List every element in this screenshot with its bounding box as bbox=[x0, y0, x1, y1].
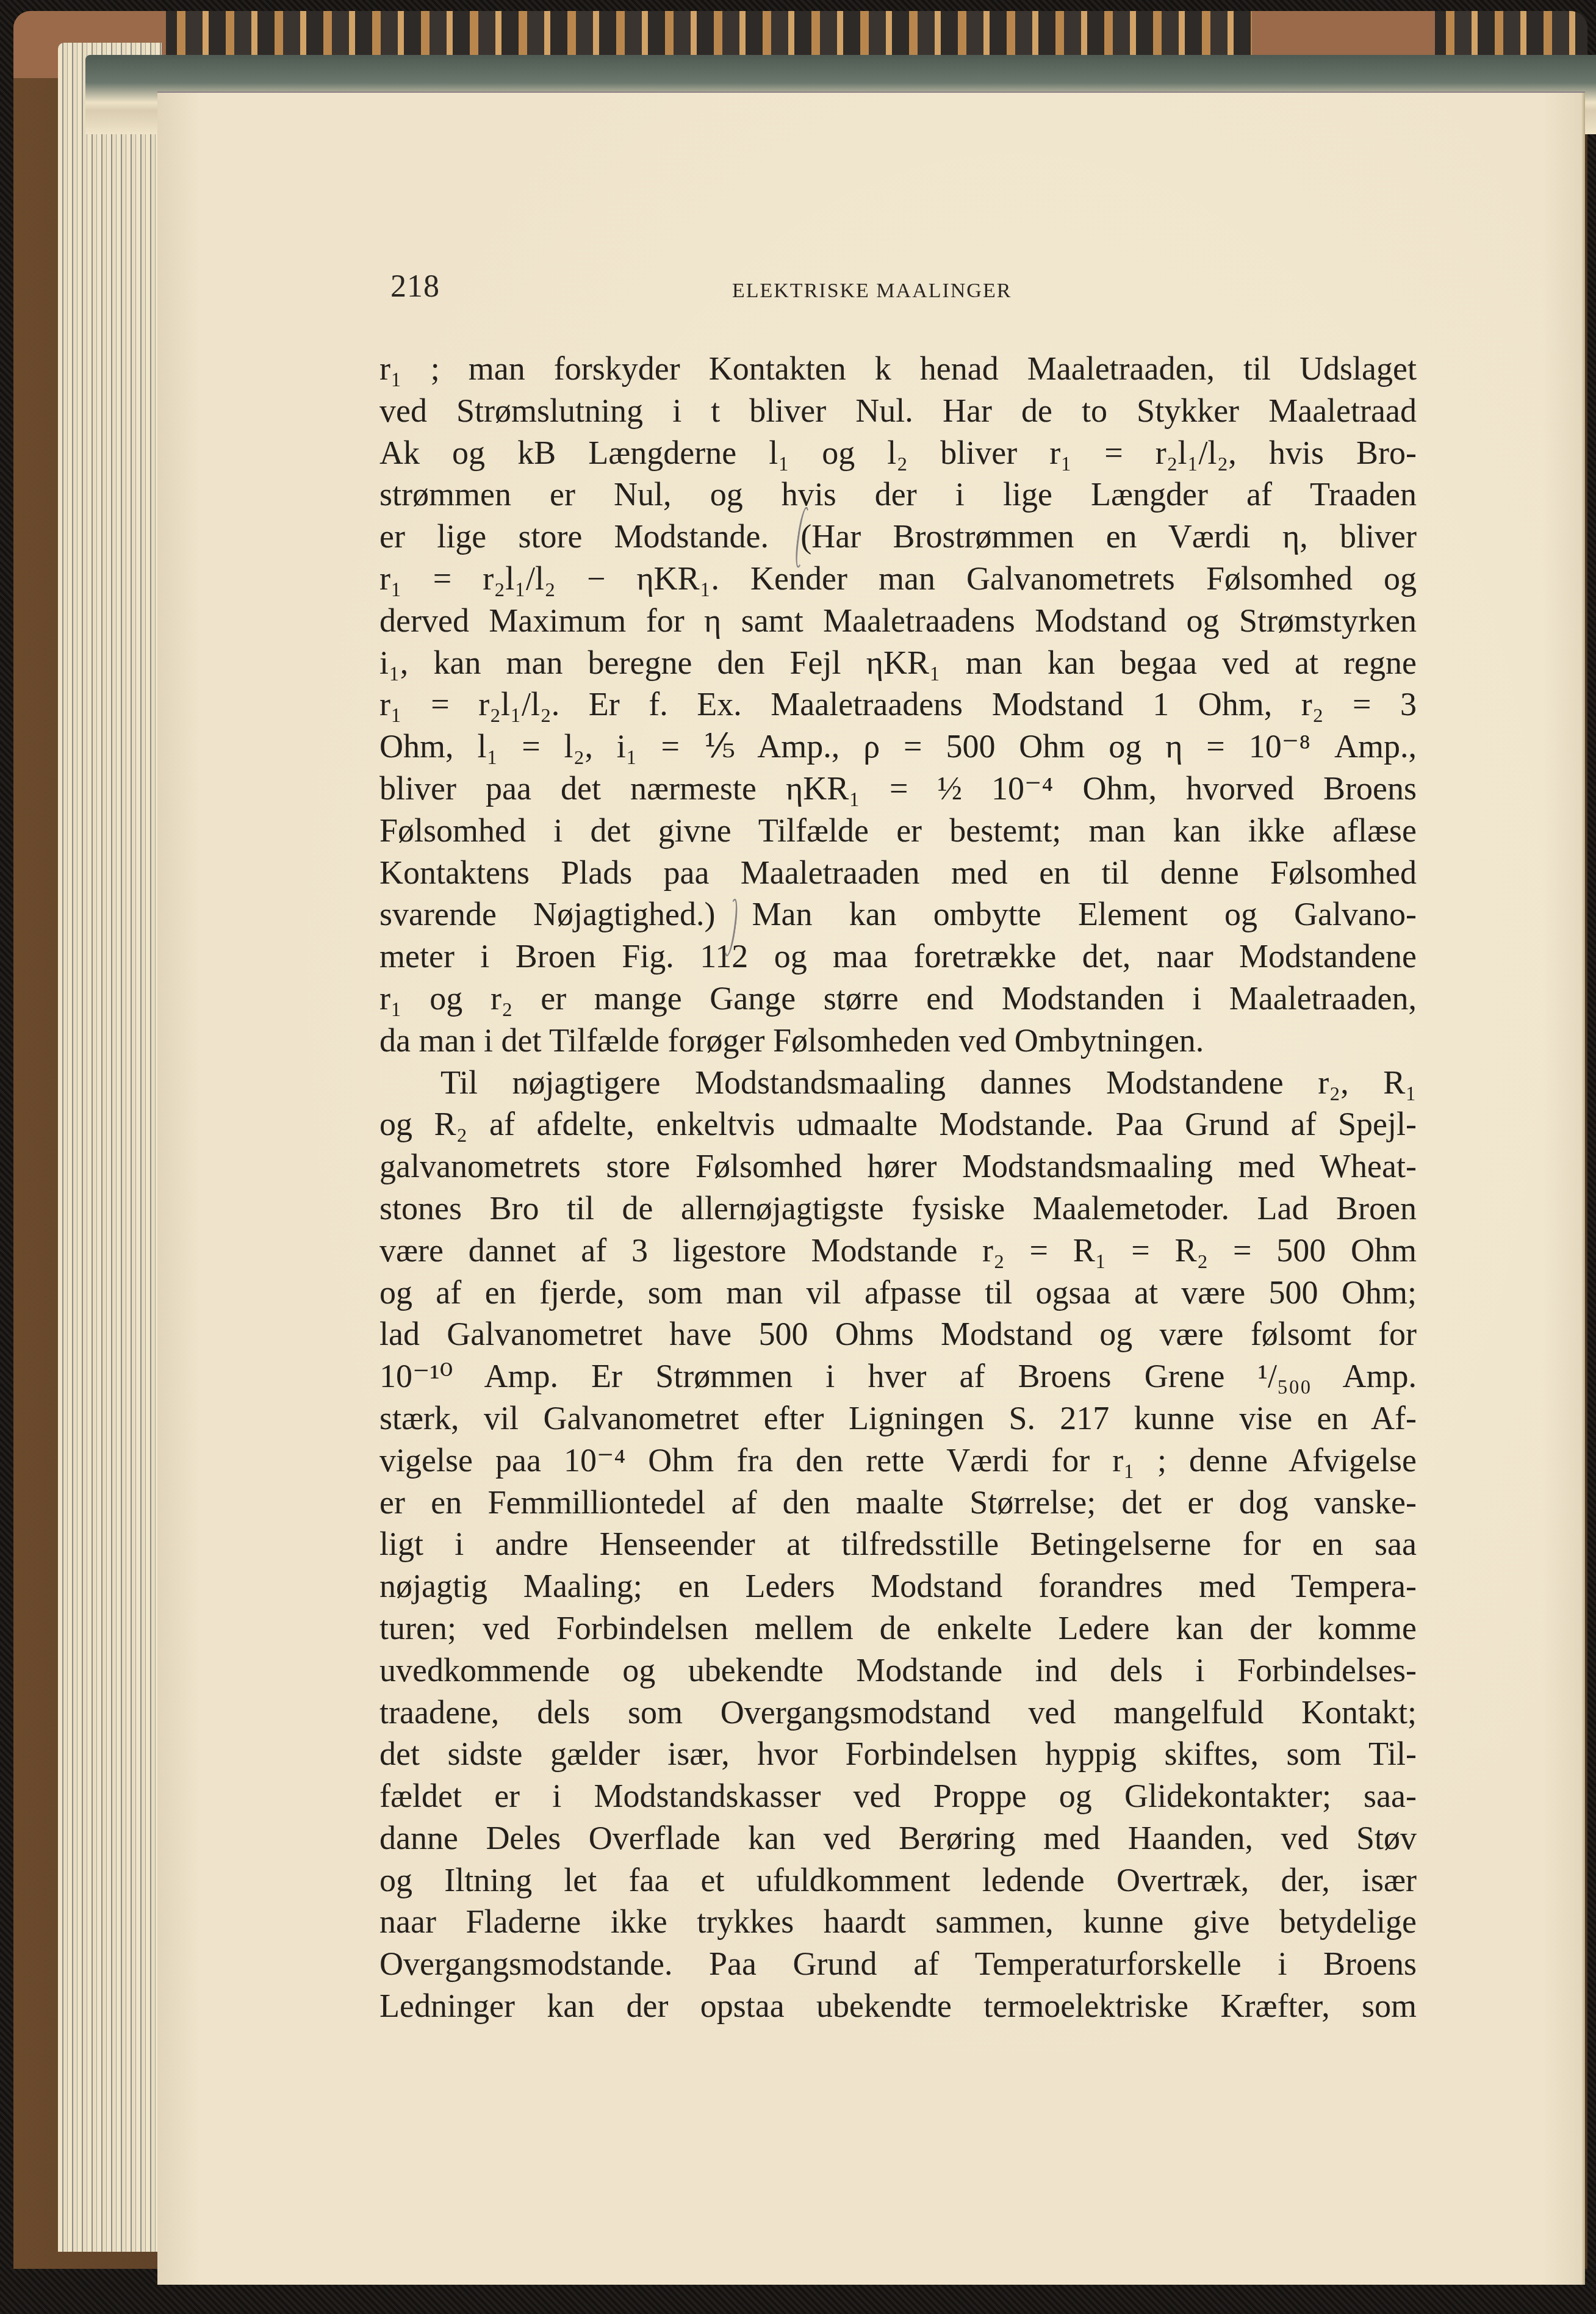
text-line: 10⁻¹⁰ Amp. Er Strømmen i hver af Broens … bbox=[379, 1355, 1417, 1397]
text-line: danne Deles Overflade kan ved Berøring m… bbox=[379, 1817, 1417, 1859]
text-line-paragraph-start: Til nøjagtigere Modstandsmaaling dannes … bbox=[379, 1062, 1417, 1104]
text-line: og Iltning let faa et ufuldkomment leden… bbox=[379, 1859, 1417, 1901]
text-line: meter i Broen Fig. 112 og maa foretrække… bbox=[379, 935, 1417, 978]
text-line: galvanometrets store Følsomhed hører Mod… bbox=[379, 1145, 1417, 1188]
text-line: naar Fladerne ikke trykkes haardt sammen… bbox=[379, 1901, 1417, 1943]
text-line: traadene, dels som Overgangsmodstand ved… bbox=[379, 1692, 1417, 1734]
text-line: lad Galvanometret have 500 Ohms Modstand… bbox=[379, 1313, 1417, 1355]
text-line: er en Femmilliontedel af den maalte Stør… bbox=[379, 1482, 1417, 1524]
text-line: stærk, vil Galvanometret efter Ligningen… bbox=[379, 1397, 1417, 1440]
text-line: stones Bro til de allernøjagtigste fysis… bbox=[379, 1188, 1417, 1230]
text-line: være dannet af 3 ligestore Modstande r₂ … bbox=[379, 1230, 1417, 1272]
text-line: det sidste gælder især, hvor Forbindelse… bbox=[379, 1733, 1417, 1775]
text-line: i₁, kan man beregne den Fejl ηKR₁ man ka… bbox=[379, 642, 1417, 684]
text-line: Ledninger kan der opstaa ubekendte termo… bbox=[379, 1985, 1417, 2027]
text-line: svarende Nøjagtighed.) Man kan ombytte E… bbox=[379, 893, 1417, 935]
text-line: Overgangsmodstande. Paa Grund af Tempera… bbox=[379, 1943, 1417, 1985]
text-line: ligt i andre Henseender at tilfredsstill… bbox=[379, 1523, 1417, 1565]
text-line: og af en fjerde, som man vil afpasse til… bbox=[379, 1272, 1417, 1314]
text-line: Ak og kB Længderne l₁ og l₂ bliver r₁ = … bbox=[379, 432, 1417, 474]
text-line: uvedkommende og ubekendte Modstande ind … bbox=[379, 1649, 1417, 1692]
text-line: turen; ved Forbindelsen mellem de enkelt… bbox=[379, 1607, 1417, 1649]
text-line: og R₂ af afdelte, enkeltvis udmaalte Mod… bbox=[379, 1103, 1417, 1145]
text-line: r₁ og r₂ er mange Gange større end Modst… bbox=[379, 978, 1417, 1020]
text-line: strømmen er Nul, og hvis der i lige Læng… bbox=[379, 474, 1417, 516]
text-line: vigelse paa 10⁻⁴ Ohm fra den rette Værdi… bbox=[379, 1440, 1417, 1482]
text-line: ved Strømslutning i t bliver Nul. Har de… bbox=[379, 390, 1417, 432]
page-stack-left-edge bbox=[58, 43, 162, 2252]
text-line: r₁ = r₂l₁/l₂ − ηKR₁. Kender man Galvanom… bbox=[379, 558, 1417, 600]
body-text: r₁ ; man forskyder Kontakten k henad Maa… bbox=[379, 348, 1417, 2027]
text-line: r₁ ; man forskyder Kontakten k henad Maa… bbox=[379, 348, 1417, 390]
text-line-paragraph-end: da man i det Tilfælde forøger Følsomhede… bbox=[379, 1020, 1417, 1062]
text-line: er lige store Modstande. (Har Brostrømme… bbox=[379, 516, 1417, 558]
text-line: r₁ = r₂l₁/l₂. Er f. Ex. Maaletraadens Mo… bbox=[379, 683, 1417, 726]
page-number: 218 bbox=[390, 269, 440, 305]
text-line: nøjagtig Maaling; en Leders Modstand for… bbox=[379, 1565, 1417, 1607]
text-line: fældet er i Modstandskasser ved Proppe o… bbox=[379, 1775, 1417, 1817]
running-head-title: ELEKTRISKE MAALINGER bbox=[732, 279, 1012, 303]
text-line: Kontaktens Plads paa Maaletraaden med en… bbox=[379, 852, 1417, 894]
running-head: 218 ELEKTRISKE MAALINGER bbox=[390, 269, 1422, 305]
text-line: Følsomhed i det givne Tilfælde er bestem… bbox=[379, 810, 1417, 852]
text-line: derved Maximum for η samt Maaletraadens … bbox=[379, 600, 1417, 642]
text-line: bliver paa det nærmeste ηKR₁ = ½ 10⁻⁴ Oh… bbox=[379, 768, 1417, 810]
text-line: Ohm, l₁ = l₂, i₁ = ⅕ Amp., ρ = 500 Ohm o… bbox=[379, 726, 1417, 768]
